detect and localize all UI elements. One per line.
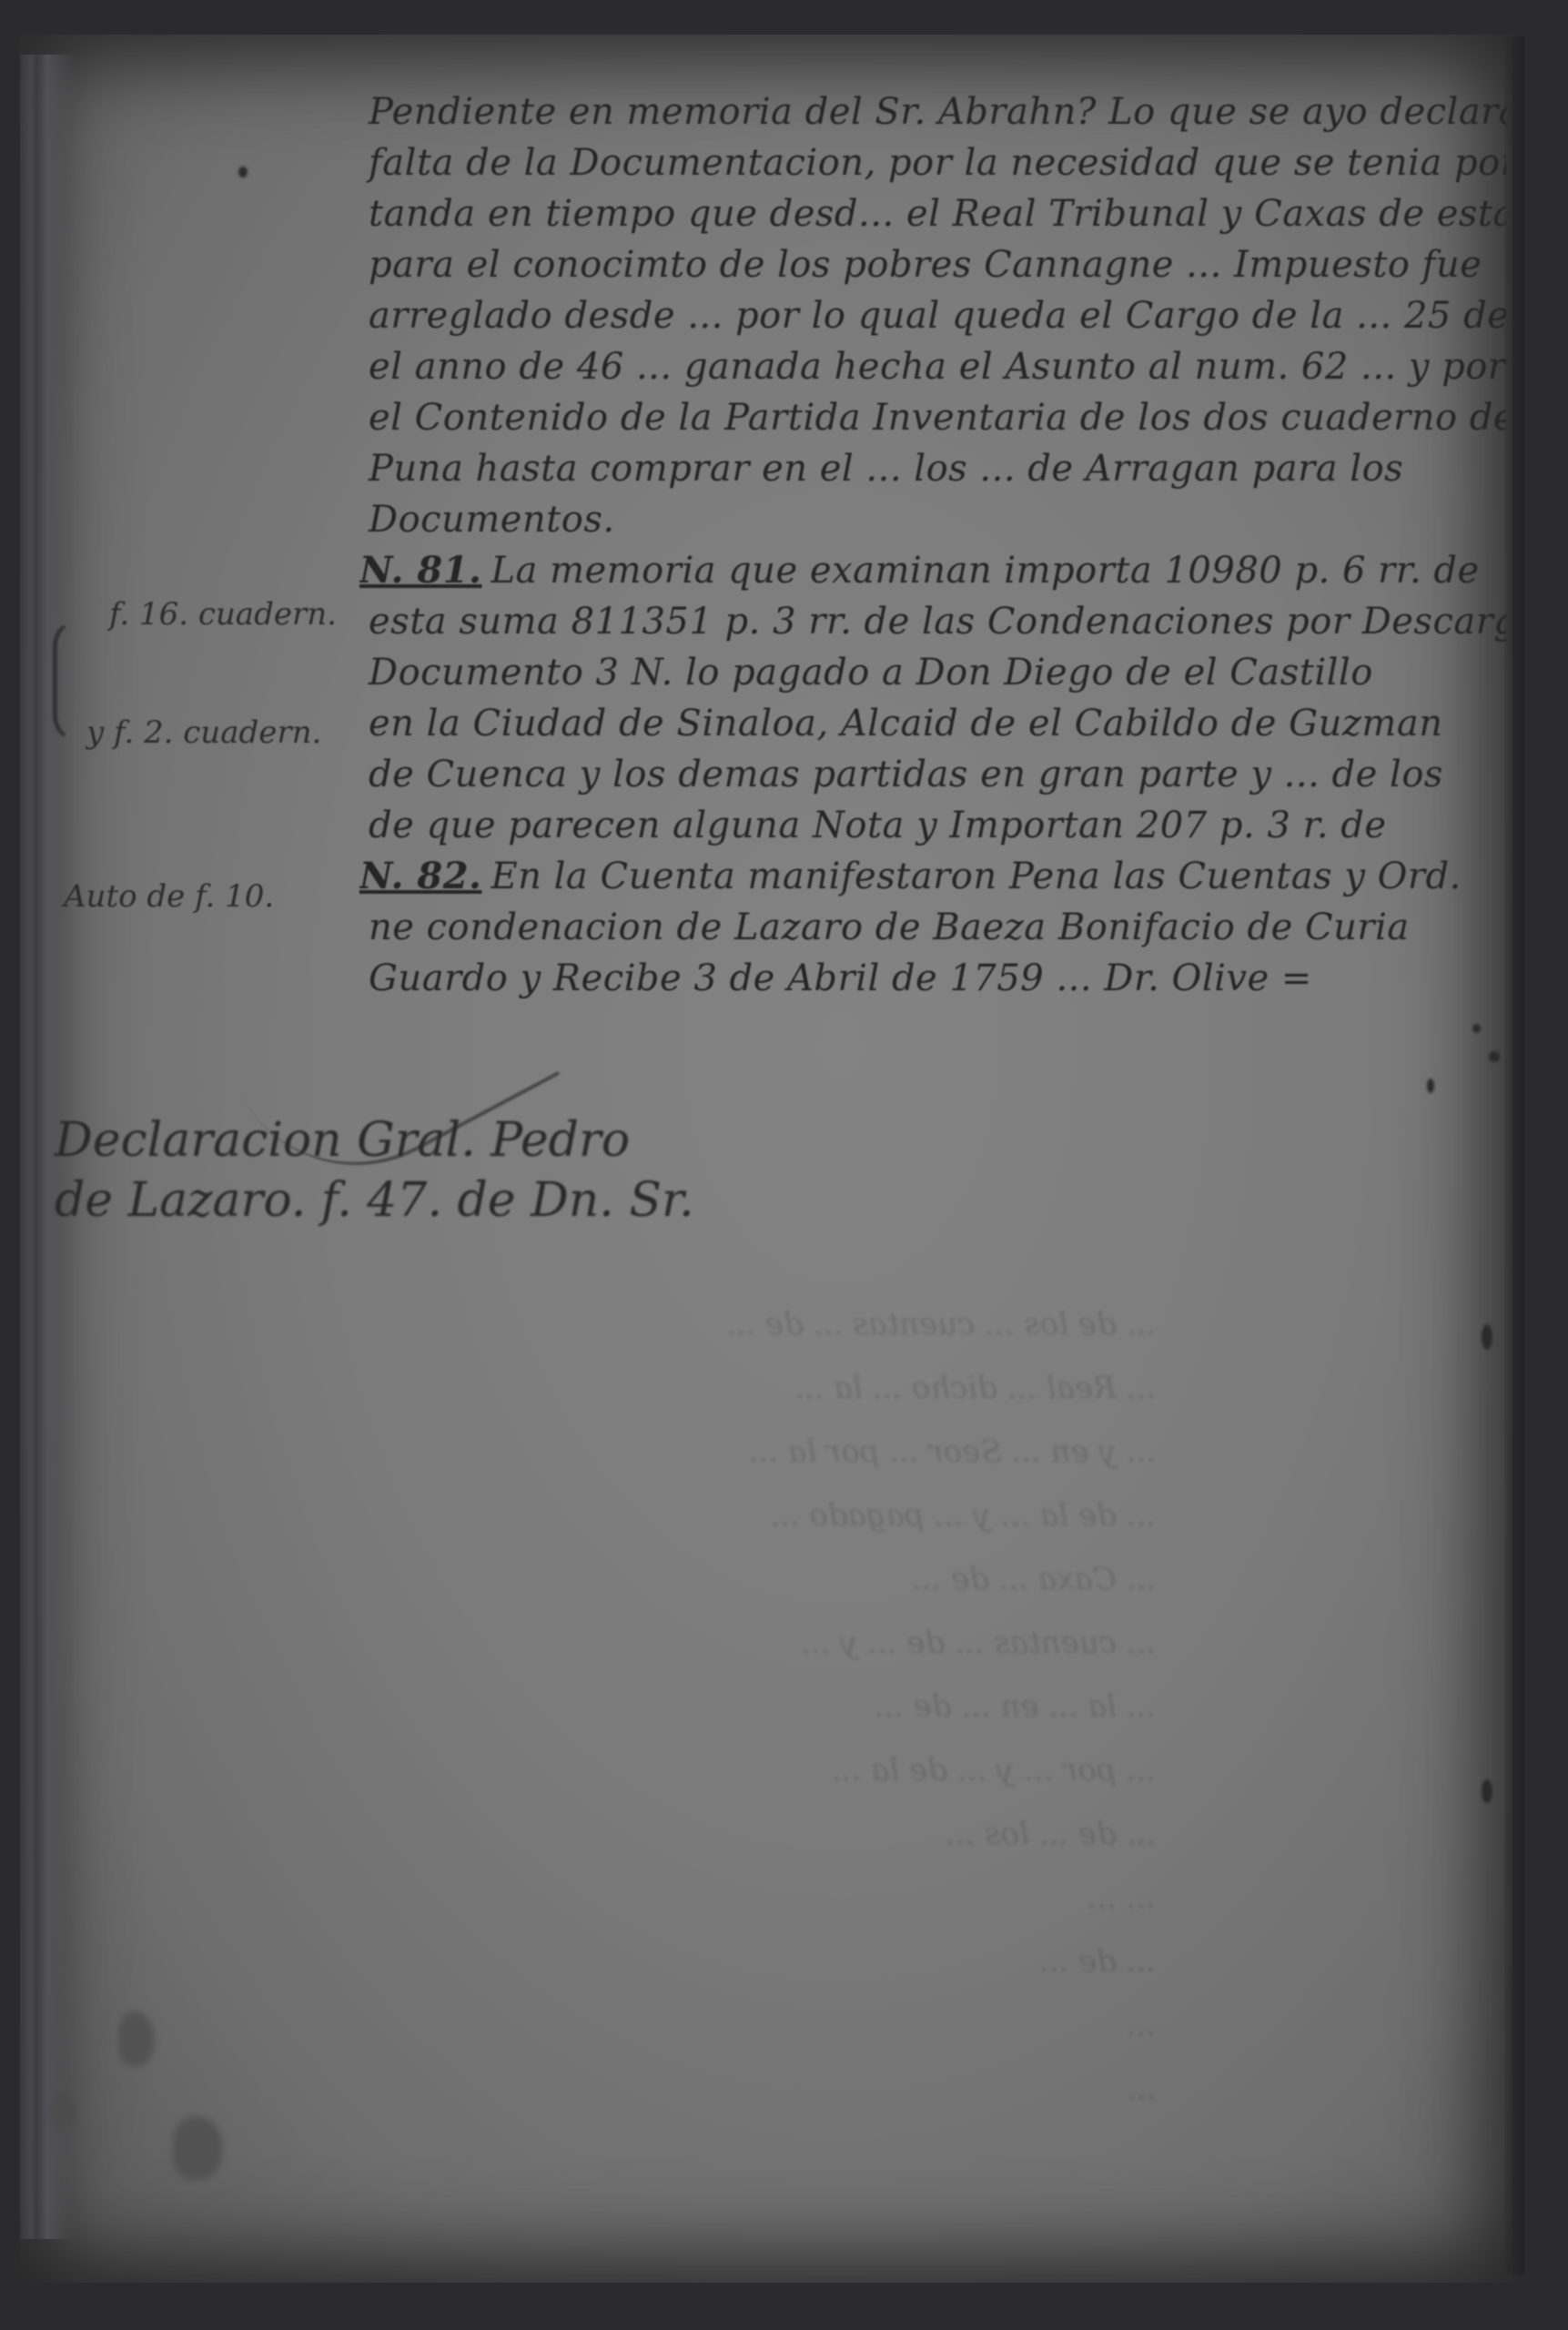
text-line: arreglado desde ... por lo qual queda el… <box>359 290 1506 341</box>
line-text: el anno de 46 ... ganada hecha el Asunto… <box>369 346 1506 388</box>
main-text-block: Pendiente en memoria del Sr. Abrahn? Lo … <box>359 86 1506 1004</box>
text-line: ne condenacion de Lazaro de Baeza Bonifa… <box>359 902 1506 953</box>
margin-brace <box>53 619 83 743</box>
bleed-line: ... de los ... cuentas ... de ... <box>109 1292 1156 1356</box>
text-line: N. 81.La memoria que examinan importa 10… <box>359 545 1506 596</box>
line-text: de Cuenca y los demas partidas en gran p… <box>369 754 1443 795</box>
line-text: Documentos. <box>369 499 615 541</box>
line-text: en la Ciudad de Sinaloa, Alcaid de el Ca… <box>369 703 1442 745</box>
entry-number: N. 82. <box>359 855 481 897</box>
bleed-line: ... cuentas ... de ... y ... <box>109 1611 1156 1675</box>
bleed-line: ... de ... los ... <box>109 1802 1156 1866</box>
line-text: La memoria que examinan importa 10980 p.… <box>491 550 1479 592</box>
line-text: para el conocimto de los pobres Cannagne… <box>369 244 1482 286</box>
line-text: En la Cuenta manifestaron Pena las Cuent… <box>491 856 1461 897</box>
text-line: N. 82.En la Cuenta manifestaron Pena las… <box>359 851 1506 902</box>
text-line: esta suma 811351 p. 3 rr. de las Condena… <box>359 596 1506 647</box>
line-text: arreglado desde ... por lo qual queda el… <box>369 295 1506 337</box>
bleed-line: ... de ... <box>109 1930 1156 1993</box>
signature-line-2: de Lazaro. f. 47. de Dn. Sr. <box>55 1170 694 1231</box>
page-right-edge <box>1504 36 1524 2275</box>
ink-spot <box>1482 1779 1492 1803</box>
text-line: Guardo y Recibe 3 de Abril de 1759 ... D… <box>359 953 1506 1004</box>
text-line: en la Ciudad de Sinaloa, Alcaid de el Ca… <box>359 698 1506 749</box>
text-line: tanda en tiempo que desd... el Real Trib… <box>359 188 1506 239</box>
ink-spot <box>1489 1051 1500 1062</box>
signature-line-1: Declaracion Gral. Pedro <box>55 1110 694 1170</box>
line-text: Pendiente en memoria del Sr. Abrahn? Lo … <box>369 91 1506 133</box>
bleed-line: ... <box>109 2057 1156 2121</box>
bleed-line: ... Real ... dicho ... la ... <box>109 1356 1156 1420</box>
text-line: el anno de 46 ... ganada hecha el Asunto… <box>359 341 1506 392</box>
text-line: Pendiente en memoria del Sr. Abrahn? Lo … <box>359 86 1506 137</box>
line-text: ne condenacion de Lazaro de Baeza Bonifa… <box>369 907 1410 948</box>
ink-spot <box>1472 1024 1481 1033</box>
bleed-line: ... ... <box>109 1866 1156 1930</box>
ink-spot <box>238 167 248 177</box>
ink-spot <box>1427 1079 1434 1093</box>
water-stain <box>173 2116 223 2180</box>
text-line: Puna hasta comprar en el ... los ... de … <box>359 443 1506 494</box>
line-text: esta suma 811351 p. 3 rr. de las Condena… <box>369 601 1506 643</box>
line-text: Puna hasta comprar en el ... los ... de … <box>369 448 1403 490</box>
text-line: el Contenido de la Partida Inventaria de… <box>359 392 1506 443</box>
text-line: Documento 3 N. lo pagado a Don Diego de … <box>359 647 1506 698</box>
bleed-line: ... y en ... Seor ... por la ... <box>109 1420 1156 1484</box>
margin-note-3: Auto de f. 10. <box>64 878 274 915</box>
line-text: el Contenido de la Partida Inventaria de… <box>369 397 1506 439</box>
text-line: falta de la Documentacion, por la necesi… <box>359 137 1506 188</box>
bleed-line: ... la ... en ... de ... <box>109 1675 1156 1738</box>
bleed-line: ... por ... y ... de la ... <box>109 1738 1156 1802</box>
text-line: de que parecen alguna Nota y Importan 20… <box>359 800 1506 851</box>
water-stain <box>118 2011 155 2066</box>
line-text: tanda en tiempo que desd... el Real Trib… <box>369 193 1506 235</box>
margin-note-1: f. 16. cuadern. <box>109 596 337 633</box>
text-line: para el conocimto de los pobres Cannagne… <box>359 239 1506 290</box>
bleed-line: ... <box>109 1993 1156 2057</box>
signature-block: Declaracion Gral. Pedro de Lazaro. f. 47… <box>55 1110 694 1231</box>
entry-number: N. 81. <box>359 549 481 592</box>
ink-spot <box>1482 1324 1492 1350</box>
water-stain <box>50 2093 76 2130</box>
text-line: Documentos. <box>359 494 1506 545</box>
bleed-line: ... Caxa ... de ... <box>109 1547 1156 1611</box>
margin-note-2: y f. 2. cuadern. <box>86 714 321 751</box>
bleed-line: ... de la ... y ... pagado ... <box>109 1484 1156 1547</box>
line-text: falta de la Documentacion, por la necesi… <box>369 142 1506 184</box>
line-text: Documento 3 N. lo pagado a Don Diego de … <box>369 652 1373 694</box>
text-line: de Cuenca y los demas partidas en gran p… <box>359 749 1506 800</box>
line-text: de que parecen alguna Nota y Importan 20… <box>369 805 1387 846</box>
bleed-through-text: ... de los ... cuentas ... de ... ... Re… <box>109 1292 1156 2166</box>
